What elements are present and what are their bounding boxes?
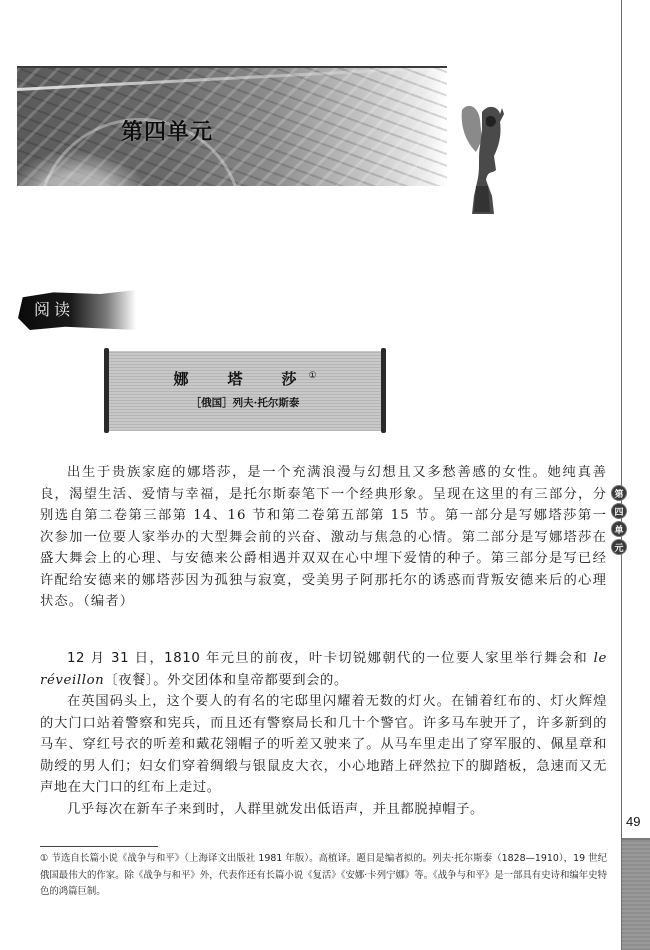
body-text: 12 月 31 日，1810 年元旦的前夜，叶卡切锐娜朝代的一位要人家里举行舞会…: [67, 651, 594, 666]
editor-introduction: 出生于贵族家庭的娜塔莎，是一个充满浪漫与幻想且又多愁善感的女性。她纯真善良，渴望…: [40, 462, 607, 613]
side-tab-char: 单: [611, 521, 627, 537]
story-body: 12 月 31 日，1810 年元旦的前夜，叶卡切锐娜朝代的一位要人家里举行舞会…: [40, 648, 607, 820]
unit-banner: 第四单元: [17, 66, 447, 186]
body-paragraph: 几乎每次在新车子来到时，人群里就发出低语声，并且都脱掉帽子。: [40, 799, 607, 821]
footnote-divider: [40, 846, 158, 847]
intro-paragraph: 出生于贵族家庭的娜塔莎，是一个充满浪漫与幻想且又多愁善感的女性。她纯真善良，渴望…: [40, 462, 607, 613]
title-scroll: 娜 塔 莎① ［俄国］列夫·托尔斯泰: [104, 348, 386, 433]
reading-section-label: 阅读: [34, 297, 74, 320]
scroll-rod-right: [381, 348, 386, 433]
unit-side-tab: 第 四 单 元: [611, 485, 627, 555]
story-title-text: 娜 塔 莎: [173, 370, 308, 388]
side-tab-char: 第: [611, 485, 627, 501]
story-title: 娜 塔 莎①: [104, 368, 386, 389]
scroll-rod-left: [104, 348, 109, 433]
footnote: ① 节选自长篇小说《战争与和平》（上海译文出版社 1981 年版）。高植译。题目…: [40, 851, 607, 901]
story-author: ［俄国］列夫·托尔斯泰: [104, 395, 386, 410]
side-tab-char: 四: [611, 503, 627, 519]
footnote-marker-link[interactable]: ①: [308, 371, 316, 381]
angel-statue-icon: [458, 100, 506, 215]
page-margin-line: [621, 0, 622, 950]
page-edge-tab: [622, 838, 650, 950]
page-number: 49: [626, 814, 640, 829]
body-paragraph: 12 月 31 日，1810 年元旦的前夜，叶卡切锐娜朝代的一位要人家里举行舞会…: [40, 648, 607, 691]
side-tab-char: 元: [611, 539, 627, 555]
body-text: 〔夜餐〕。外交团体和皇帝都要到会的。: [104, 673, 348, 688]
unit-title: 第四单元: [121, 115, 213, 146]
scroll-body: [109, 351, 381, 431]
body-paragraph: 在英国码头上，这个要人的有名的宅邸里闪耀着无数的灯火。在铺着红布的、灯火辉煌的大…: [40, 691, 607, 799]
